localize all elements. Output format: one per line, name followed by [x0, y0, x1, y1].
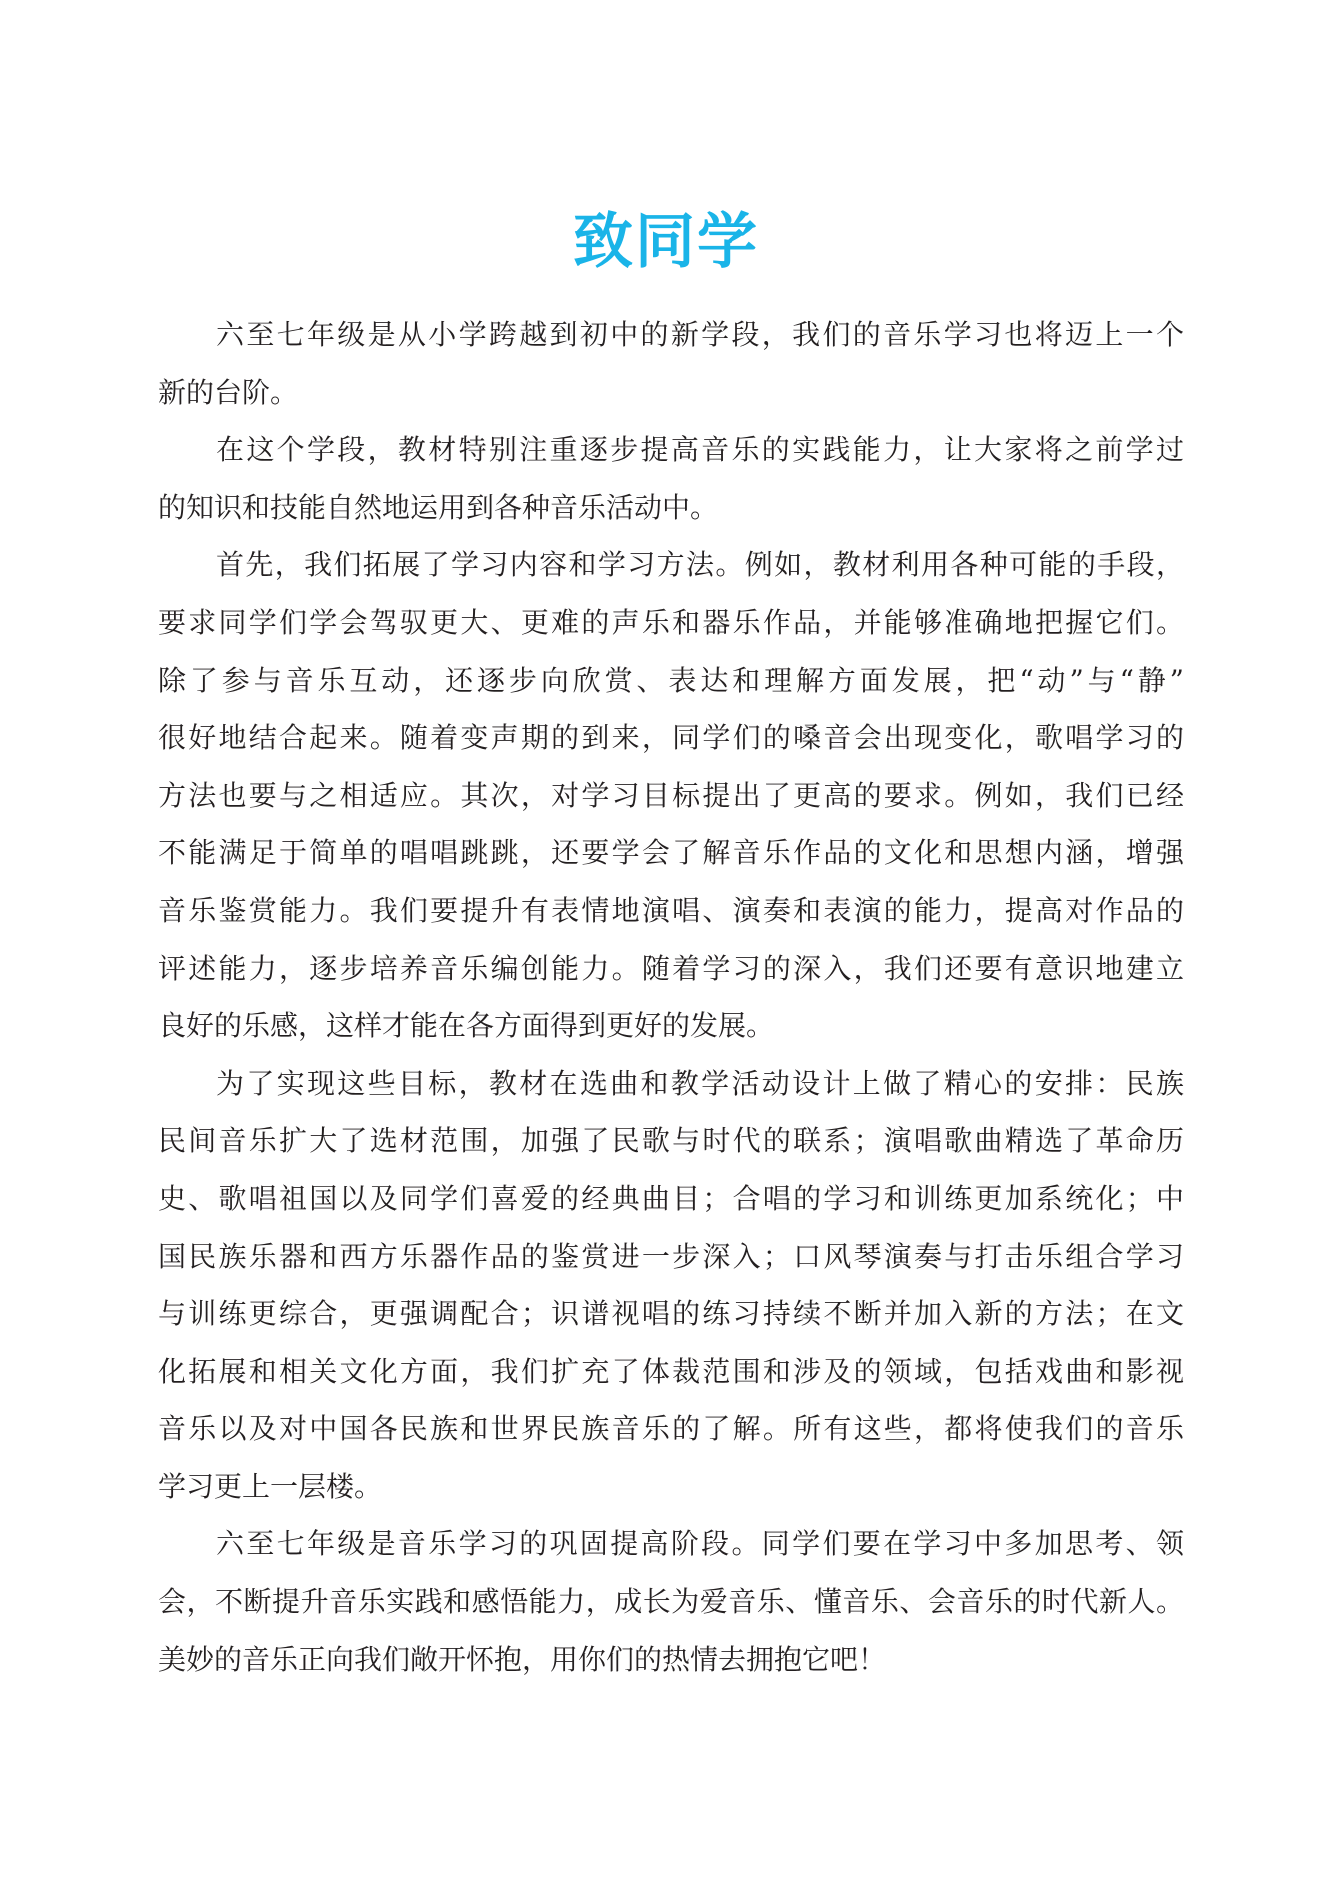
page-title: 致同学 — [0, 202, 1332, 282]
paragraph-1: 六至七年级是从小学跨越到初中的新学段，我们的音乐学习也将迈上一个 新的台阶。 — [158, 306, 1184, 421]
letter-body: 六至七年级是从小学跨越到初中的新学段，我们的音乐学习也将迈上一个 新的台阶。 在… — [158, 306, 1184, 1688]
text-line: 不能满足于简单的唱唱跳跳，还要学会了解音乐作品的文化和思想内涵，增强 — [158, 824, 1184, 882]
text-line: 在这个学段，教材特别注重逐步提高音乐的实践能力，让大家将之前学过 — [158, 421, 1184, 479]
paragraph-4: 为了实现这些目标，教材在选曲和教学活动设计上做了精心的安排：民族 民间音乐扩大了… — [158, 1055, 1184, 1516]
text-line: 化拓展和相关文化方面，我们扩充了体裁范围和涉及的领域，包括戏曲和影视 — [158, 1343, 1184, 1401]
text-line: 会，不断提升音乐实践和感悟能力，成长为爱音乐、懂音乐、会音乐的时代新人。 — [158, 1573, 1184, 1631]
text-line: 学习更上一层楼。 — [158, 1458, 1184, 1516]
text-line: 民间音乐扩大了选材范围，加强了民歌与时代的联系；演唱歌曲精选了革命历 — [158, 1112, 1184, 1170]
text-line: 方法也要与之相适应。其次，对学习目标提出了更高的要求。例如，我们已经 — [158, 767, 1184, 825]
text-line: 很好地结合起来。随着变声期的到来，同学们的嗓音会出现变化，歌唱学习的 — [158, 709, 1184, 767]
text-line: 六至七年级是音乐学习的巩固提高阶段。同学们要在学习中多加思考、领 — [158, 1515, 1184, 1573]
text-line: 除了参与音乐互动，还逐步向欣赏、表达和理解方面发展，把“动”与“静” — [158, 652, 1184, 710]
text-line: 音乐以及对中国各民族和世界民族音乐的了解。所有这些，都将使我们的音乐 — [158, 1400, 1184, 1458]
text-line: 评述能力，逐步培养音乐编创能力。随着学习的深入，我们还要有意识地建立 — [158, 940, 1184, 998]
paragraph-5: 六至七年级是音乐学习的巩固提高阶段。同学们要在学习中多加思考、领 会，不断提升音… — [158, 1515, 1184, 1688]
text-line: 史、歌唱祖国以及同学们喜爱的经典曲目；合唱的学习和训练更加系统化；中 — [158, 1170, 1184, 1228]
text-line: 的知识和技能自然地运用到各种音乐活动中。 — [158, 479, 1184, 537]
text-line: 与训练更综合，更强调配合；识谱视唱的练习持续不断并加入新的方法；在文 — [158, 1285, 1184, 1343]
text-line: 首先，我们拓展了学习内容和学习方法。例如，教材利用各种可能的手段， — [158, 536, 1184, 594]
paragraph-2: 在这个学段，教材特别注重逐步提高音乐的实践能力，让大家将之前学过 的知识和技能自… — [158, 421, 1184, 536]
text-line: 音乐鉴赏能力。我们要提升有表情地演唱、演奏和表演的能力，提高对作品的 — [158, 882, 1184, 940]
text-line: 要求同学们学会驾驭更大、更难的声乐和器乐作品，并能够准确地把握它们。 — [158, 594, 1184, 652]
text-line: 美妙的音乐正向我们敞开怀抱，用你们的热情去拥抱它吧！ — [158, 1631, 1184, 1689]
paragraph-3: 首先，我们拓展了学习内容和学习方法。例如，教材利用各种可能的手段， 要求同学们学… — [158, 536, 1184, 1054]
text-line: 六至七年级是从小学跨越到初中的新学段，我们的音乐学习也将迈上一个 — [158, 306, 1184, 364]
text-line: 新的台阶。 — [158, 364, 1184, 422]
text-line: 国民族乐器和西方乐器作品的鉴赏进一步深入；口风琴演奏与打击乐组合学习 — [158, 1228, 1184, 1286]
text-line: 为了实现这些目标，教材在选曲和教学活动设计上做了精心的安排：民族 — [158, 1055, 1184, 1113]
text-line: 良好的乐感，这样才能在各方面得到更好的发展。 — [158, 997, 1184, 1055]
